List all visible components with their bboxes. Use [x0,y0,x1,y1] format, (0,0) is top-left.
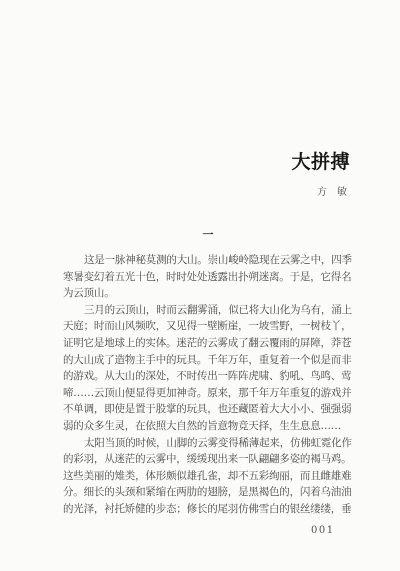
paragraph: 太阳当顶的时候，山脚的云雾变得稀薄起来，仿佛虹霓化作 的彩羽，从迷茫的云雾中，缓… [63,435,355,518]
text-line: 的大山成了造物主手中的玩具。千年万年，重复着一个似是而非 [63,352,355,369]
text-line: 分。细长的头颈和紧缩在两肋的翅膀，是黑褐色的，闪着乌油油 [63,484,355,501]
book-page: 大拼搏 方 敏 一 这是一脉神秘莫测的大山。崇山峻岭隐现在云雾之中，四季 寒暑变… [0,0,400,571]
text-line: 证明它是地球上的实体。迷茫的云雾成了翻云覆雨的屏障，莽苍 [63,335,355,352]
author-name: 方 敏 [317,187,347,199]
paragraph: 这是一脉神秘莫测的大山。崇山峻岭隐现在云雾之中，四季 寒暑变幻着五光十色，时时处… [63,252,355,302]
text-line: 不单调，即使是置于股掌的玩具，也还藏匿着大大小小、强强弱 [63,401,355,418]
text-line: 为云顶山。 [63,285,355,302]
text-line: 的彩羽，从迷茫的云雾中，缓缓现出来一队翩翩多姿的褐马鸡。 [63,451,355,468]
text-line: 寒暑变幻着五光十色，时时处处透露出扑朔迷离。于是，它得名 [63,269,355,286]
text-line: 太阳当顶的时候，山脚的云雾变得稀薄起来，仿佛虹霓化作 [63,435,355,452]
paragraph: 三月的云顶山，时而云翻雾涌，似已将大山化为乌有，涌上 天庭；时而山风频吹，又见得… [63,302,355,435]
text-line: 的光泽，衬托矫健的步态；修长的尾羽仿佛雪白的银丝缕缕，垂 [63,501,355,518]
page-number: 001 [311,525,335,536]
text-line: 天庭；时而山风频吹，又见得一壁断崖，一坡雪野，一树枝丫， [63,318,355,335]
text-line: 三月的云顶山，时而云翻雾涌，似已将大山化为乌有，涌上 [63,302,355,319]
text-line: 的游戏。从大山的深处，不时传出一阵阵虎啸、豹吼、鸟鸣、莺 [63,368,355,385]
section-number: 一 [63,228,353,241]
text-line: 弱的众多生灵，在依照大自然的旨意物竞天择，生生息息…… [63,418,355,435]
body-text: 这是一脉神秘莫测的大山。崇山峻岭隐现在云雾之中，四季 寒暑变幻着五光十色，时时处… [63,252,355,518]
text-line: 这是一脉神秘莫测的大山。崇山峻岭隐现在云雾之中，四季 [63,252,355,269]
text-line: 这些美丽的雉类，体形颇似雄孔雀，却不五彩绚丽，而且雌雄难 [63,468,355,485]
text-line: 啼……云顶山便显得更加神奇。原来，那千年万年重复的游戏并 [63,385,355,402]
chapter-title: 大拼搏 [291,151,350,173]
